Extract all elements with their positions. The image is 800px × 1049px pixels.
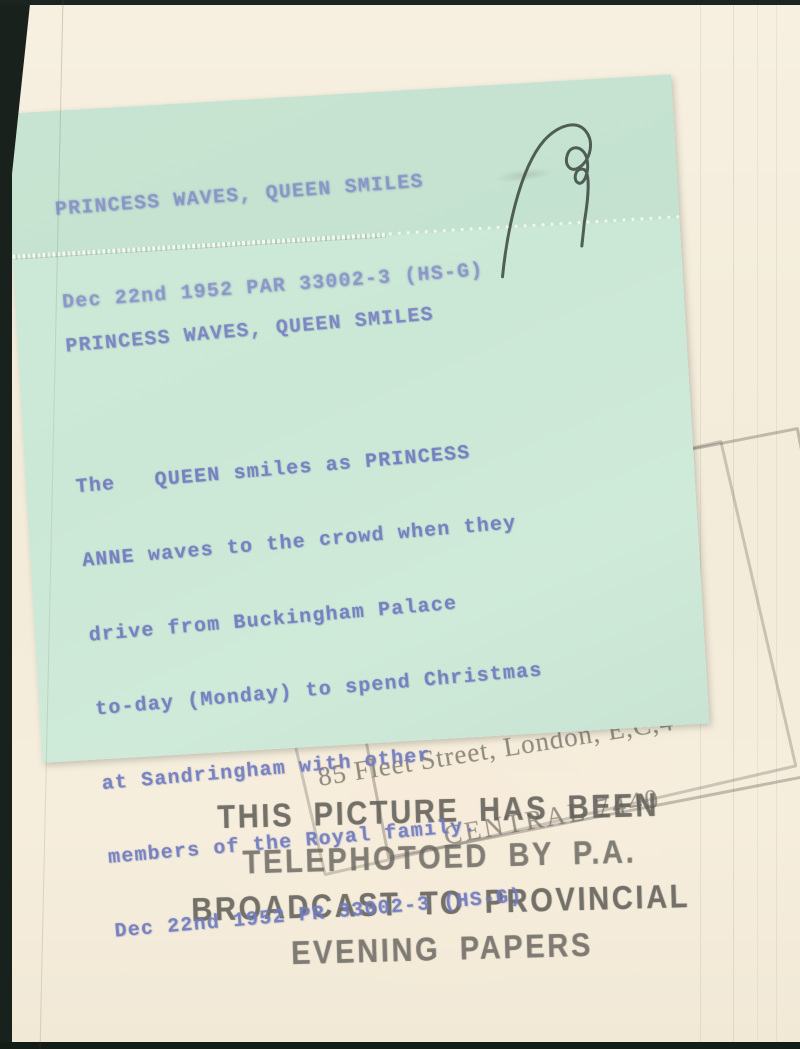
caption-line: The QUEEN smiles as PRINCESS — [75, 435, 525, 502]
caption-line: ANNE waves to the crowd when they — [81, 509, 531, 576]
photo-edge-top — [0, 0, 800, 5]
caption-slip: PRINCESS WAVES, QUEEN SMILES Dec 22nd 19… — [4, 74, 709, 762]
caption-line: to-day (Monday) to spend Christmas — [94, 658, 544, 725]
photo-edge-bottom — [0, 1042, 800, 1049]
press-photo-verso: 85 Fleet Street, London, E,C,4 CENTRAL 7… — [0, 0, 800, 1049]
caption-heading: PRINCESS WAVES, QUEEN SMILES — [64, 296, 511, 361]
caption-line: Dec 22nd 1952 PR 33002-3 (HS-G) — [114, 880, 564, 947]
typed-title: PRINCESS WAVES, QUEEN SMILES — [54, 162, 478, 225]
caption-line: drive from Buckingham Palace — [88, 583, 538, 650]
caption-line: members of the Royal family. — [107, 806, 557, 873]
caption-body: The QUEEN smiles as PRINCESS ANNE waves … — [71, 389, 568, 993]
caption-line: at Sandringham with other — [101, 732, 551, 799]
typed-caption: PRINCESS WAVES, QUEEN SMILES The QUEEN s… — [58, 250, 571, 1039]
